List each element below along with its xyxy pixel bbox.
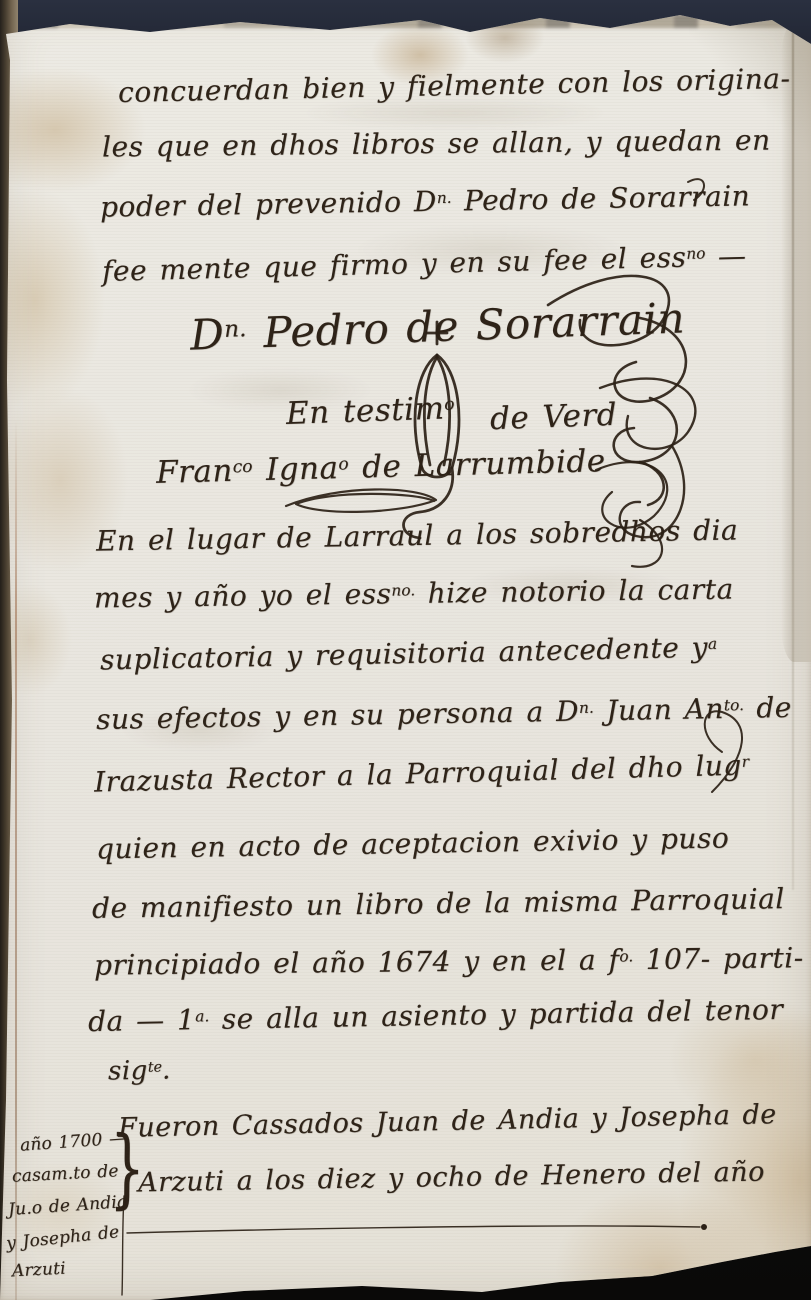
superscript: o bbox=[444, 395, 455, 415]
manuscript-line: mes y año yo el essno. hize notorio la c… bbox=[94, 576, 734, 613]
signature-sorarrain: Dn. Pedro de Sorarrain bbox=[189, 297, 685, 356]
manuscript-line: principiado el año 1674 y en el a fo. 10… bbox=[94, 944, 804, 979]
line-text: hize notorio la carta bbox=[415, 573, 734, 610]
line-text: de bbox=[744, 691, 792, 725]
scanned-manuscript-page: concuerdan bien y fielmente con los orig… bbox=[0, 0, 811, 1300]
superscript: o. bbox=[619, 947, 633, 965]
superscript: n. bbox=[437, 189, 452, 207]
superscript: r bbox=[741, 753, 749, 771]
line-text: En testim bbox=[285, 390, 445, 432]
line-text: de Larrumbide bbox=[348, 443, 606, 486]
line-text: Pedro de Sorarrain bbox=[451, 179, 750, 217]
margin-note-line: y Josepha de bbox=[5, 1224, 120, 1253]
superscript: no. bbox=[391, 581, 415, 599]
line-text: Fran bbox=[156, 453, 234, 491]
line-text: Pedro de Sorarrain bbox=[246, 293, 686, 357]
manuscript-line: suplicatoria y requisitoria antecedente … bbox=[100, 634, 718, 675]
manuscript-line: sigte. bbox=[108, 1057, 171, 1084]
superscript: te bbox=[148, 1059, 162, 1075]
partida-line: Fueron Cassados Juan de Andia y Josepha … bbox=[118, 1101, 777, 1142]
superscript: o bbox=[338, 454, 349, 474]
line-text: poder del prevenido D bbox=[100, 185, 437, 224]
manuscript-paper: concuerdan bien y fielmente con los orig… bbox=[0, 0, 811, 1300]
closing-rule-line bbox=[127, 1224, 707, 1233]
line-text: sus efectos y en su persona a D bbox=[96, 695, 580, 736]
manuscript-line: les que en dhos libros se allan, y queda… bbox=[102, 127, 771, 162]
line-text: 107- parti- bbox=[633, 941, 804, 976]
line-text: sig bbox=[108, 1056, 148, 1087]
manuscript-line: fee mente que firmo y en su fee el essno… bbox=[102, 242, 747, 286]
line-text: suplicatoria y requisitoria antecedente … bbox=[100, 631, 709, 677]
line-text: fee mente que firmo y en su fee el ess bbox=[102, 241, 687, 288]
signature-larrumbide: Franco Ignao de Larrumbide bbox=[156, 446, 606, 489]
line-text: D bbox=[189, 309, 225, 359]
line-text: Juan An bbox=[594, 692, 725, 727]
manuscript-line: de manifiesto un libro de la misma Parro… bbox=[92, 885, 785, 923]
line-text: . bbox=[162, 1055, 171, 1085]
notary-testimonio-right: de Verd bbox=[489, 400, 617, 435]
notary-testimonio-left: En testimo bbox=[286, 393, 456, 430]
line-text: mes y año yo el ess bbox=[94, 577, 392, 614]
manuscript-line: poder del prevenido Dn. Pedro de Sorarra… bbox=[100, 182, 751, 221]
superscript: no bbox=[686, 244, 706, 262]
manuscript-line: Irazusta Rector a la Parroquial del dho … bbox=[94, 751, 750, 796]
margin-note-line: casam.to de bbox=[12, 1163, 119, 1186]
line-text: — bbox=[705, 239, 747, 273]
margin-note-line: Arzuti bbox=[12, 1261, 67, 1281]
manuscript-line: sus efectos y en su persona a Dn. Juan A… bbox=[96, 694, 792, 734]
superscript: co bbox=[232, 457, 252, 478]
partida-line: Arzuti a los diez y ocho de Henero del a… bbox=[138, 1159, 765, 1197]
superscript: a bbox=[708, 635, 718, 653]
superscript: to. bbox=[724, 696, 744, 714]
superscript: a. bbox=[195, 1007, 209, 1025]
line-text: Irazusta Rector a la Parroquial del dho … bbox=[94, 749, 743, 799]
manuscript-line: da — 1a. se alla un asiento y partida de… bbox=[88, 996, 784, 1036]
line-text: Igna bbox=[252, 450, 339, 488]
notary-sign-cross-icon bbox=[404, 322, 460, 538]
manuscript-line: En el lugar de Larraul a los sobredhos d… bbox=[96, 516, 739, 555]
line-text: da — 1 bbox=[88, 1003, 196, 1038]
superscript: n. bbox=[579, 699, 594, 717]
line-text: se alla un asiento y partida del tenor bbox=[209, 993, 783, 1036]
manuscript-line: quien en acto de aceptacion exivio y pus… bbox=[96, 824, 730, 863]
line-text: principiado el año 1674 y en el a f bbox=[94, 943, 620, 981]
superscript: n. bbox=[224, 316, 247, 343]
